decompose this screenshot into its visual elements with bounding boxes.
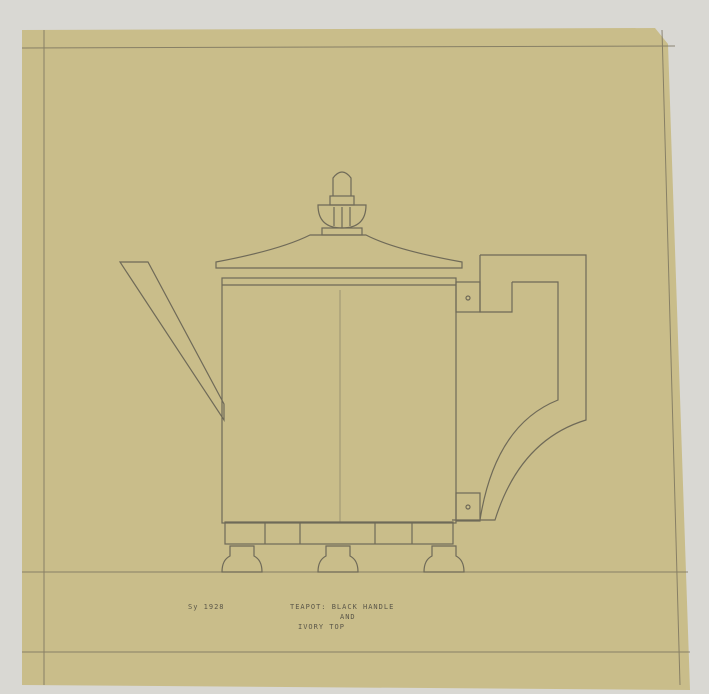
signature: Sy 1928: [188, 603, 225, 611]
title-line-2: AND: [340, 613, 356, 621]
tracing-paper: [22, 28, 690, 690]
title-line-3: IVORY TOP: [298, 623, 345, 631]
drawing-sheet: [0, 0, 709, 694]
title-line-1: TEAPOT: BLACK HANDLE: [290, 603, 394, 611]
